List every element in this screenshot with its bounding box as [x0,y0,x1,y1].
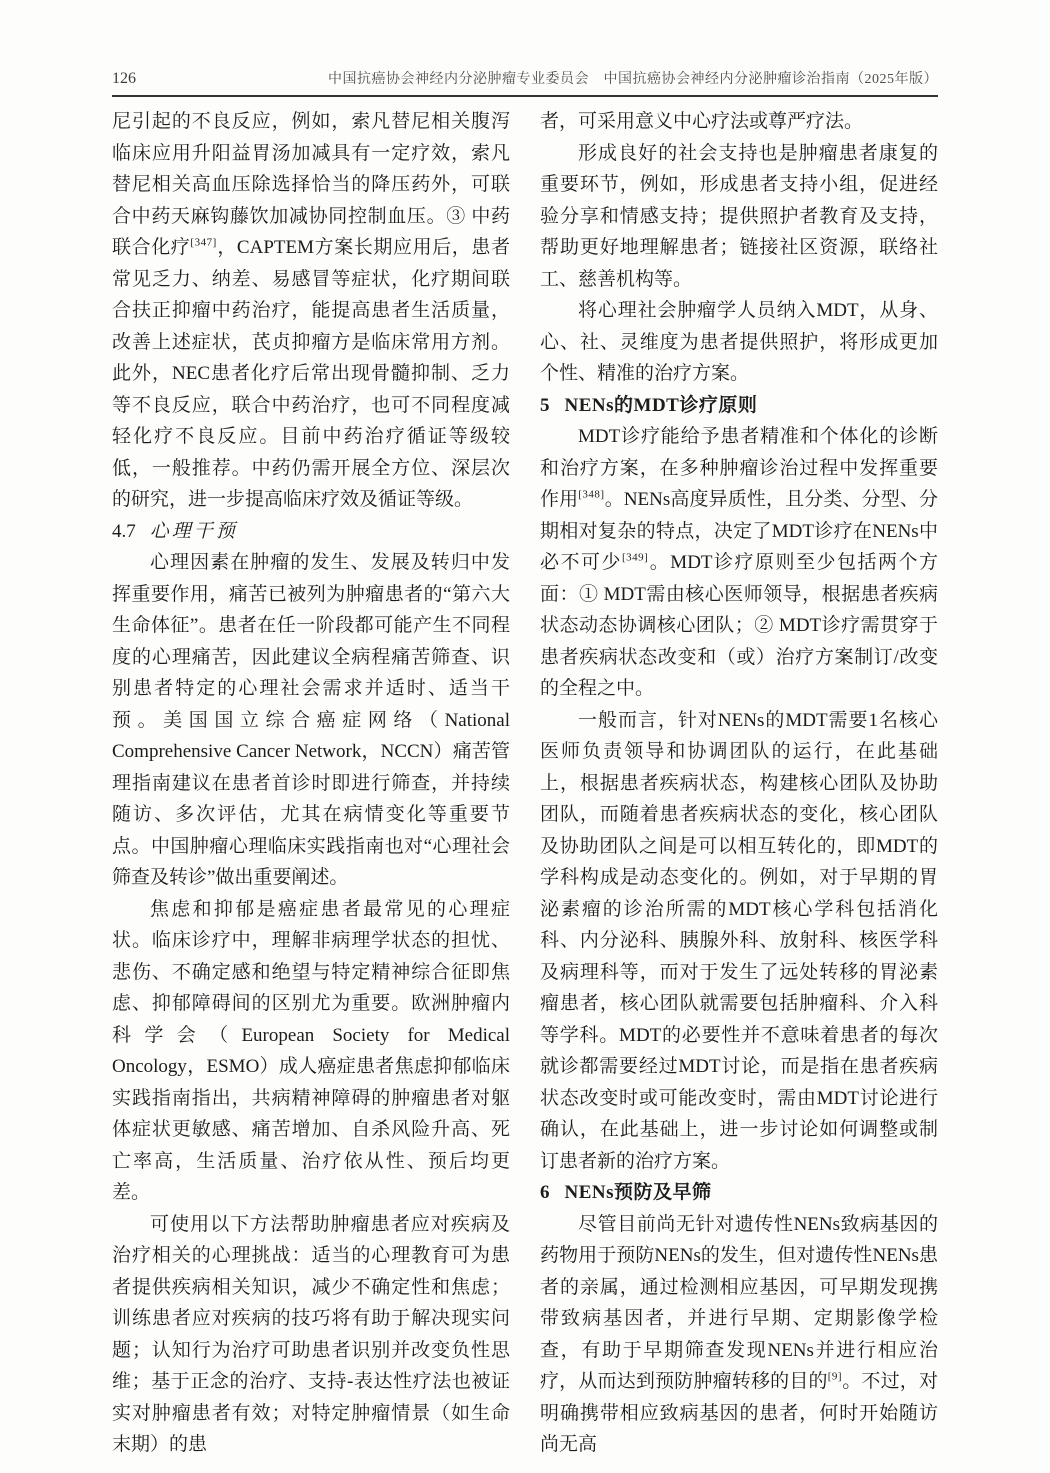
text-run: 焦虑和抑郁是癌症患者最常见的心理症状。临床诊疗中，理解非病理学状态的担忧、悲伤、… [112,899,510,1204]
section-heading: 6NENs预防及早筛 [540,1177,938,1209]
paragraph: MDT诊疗能给予患者精准和个体化的诊断和治疗方案，在多种肿瘤诊治过程中发挥重要作… [540,421,938,705]
right-column: 者，可采用意义中心疗法或尊严疗法。形成良好的社会支持也是肿瘤患者康复的重要环节，… [540,106,938,1461]
text-run: 心理因素在肿瘤的发生、发展及转归中发挥重要作用，痛苦已被列为肿瘤患者的“第六大生… [112,552,510,888]
text-run: 形成良好的社会支持也是肿瘤患者康复的重要环节，例如，形成患者支持小组，促进经验分… [540,143,938,290]
citation-ref: [9] [828,1371,842,1383]
text-run: 一般而言，针对NENs的MDT需要1名核心医师负责领导和协调团队的运行，在此基础… [540,710,938,1172]
heading-number: 4.7 [112,521,136,542]
citation-ref: [348] [578,489,604,501]
subsection-heading: 4.7心理干预 [112,516,510,548]
paragraph: 可使用以下方法帮助肿瘤患者应对疾病及治疗相关的心理挑战：适当的心理教育可为患者提… [112,1209,510,1461]
text-run: 将心理社会肿瘤学人员纳入MDT，从身、心、社、灵维度为患者提供照护，将形成更加个… [540,300,938,384]
heading-number: 5 [540,395,550,416]
paragraph: 者，可采用意义中心疗法或尊严疗法。 [540,106,938,138]
paragraph: 心理因素在肿瘤的发生、发展及转归中发挥重要作用，痛苦已被列为肿瘤患者的“第六大生… [112,547,510,894]
paragraph: 尽管目前尚无针对遗传性NENs致病基因的药物用于预防NENs的发生，但对遗传性N… [540,1209,938,1461]
document-page: 126 中国抗癌协会神经内分泌肿瘤专业委员会 中国抗癌协会神经内分泌肿瘤诊治指南… [0,0,1050,1473]
citation-ref: [347] [190,237,216,249]
header-rule [112,95,938,97]
page-header: 126 中国抗癌协会神经内分泌肿瘤专业委员会 中国抗癌协会神经内分泌肿瘤诊治指南… [112,0,938,88]
paragraph: 尼引起的不良反应，例如，索凡替尼相关腹泻临床应用升阳益胃汤加减具有一定疗效，索凡… [112,106,510,516]
paragraph: 焦虑和抑郁是癌症患者最常见的心理症状。临床诊疗中，理解非病理学状态的担忧、悲伤、… [112,894,510,1209]
paragraph: 将心理社会肿瘤学人员纳入MDT，从身、心、社、灵维度为患者提供照护，将形成更加个… [540,295,938,390]
citation-ref: [349] [622,552,648,564]
page-number-text: 126 [112,70,136,87]
heading-title: NENs预防及早筛 [565,1182,712,1203]
page-number: 126 [112,70,136,88]
text-run: 尽管目前尚无针对遗传性NENs致病基因的药物用于预防NENs的发生，但对遗传性N… [540,1214,938,1393]
paragraph: 一般而言，针对NENs的MDT需要1名核心医师负责领导和协调团队的运行，在此基础… [540,705,938,1178]
text-run: 可使用以下方法帮助肿瘤患者应对疾病及治疗相关的心理挑战：适当的心理教育可为患者提… [112,1214,510,1456]
heading-title: NENs的MDT诊疗原则 [565,395,758,416]
text-run: 。MDT诊疗原则至少包括两个方面：① MDT需由核心医师领导，根据患者疾病状态动… [540,552,938,699]
section-heading: 5NENs的MDT诊疗原则 [540,390,938,422]
text-run: 尼引起的不良反应，例如，索凡替尼相关腹泻临床应用升阳益胃汤加减具有一定疗效，索凡… [112,111,510,258]
heading-title: 心理干预 [150,521,238,542]
left-column: 尼引起的不良反应，例如，索凡替尼相关腹泻临床应用升阳益胃汤加减具有一定疗效，索凡… [112,106,510,1461]
text-run: ，CAPTEM方案长期应用后，患者常见乏力、纳差、易感冒等症状，化疗期间联合扶正… [112,237,510,510]
running-header: 中国抗癌协会神经内分泌肿瘤专业委员会 中国抗癌协会神经内分泌肿瘤诊治指南（202… [328,68,938,88]
paragraph: 形成良好的社会支持也是肿瘤患者康复的重要环节，例如，形成患者支持小组，促进经验分… [540,138,938,296]
text-run: 者，可采用意义中心疗法或尊严疗法。 [540,111,863,132]
two-column-body: 尼引起的不良反应，例如，索凡替尼相关腹泻临床应用升阳益胃汤加减具有一定疗效，索凡… [112,106,938,1461]
heading-number: 6 [540,1182,550,1203]
